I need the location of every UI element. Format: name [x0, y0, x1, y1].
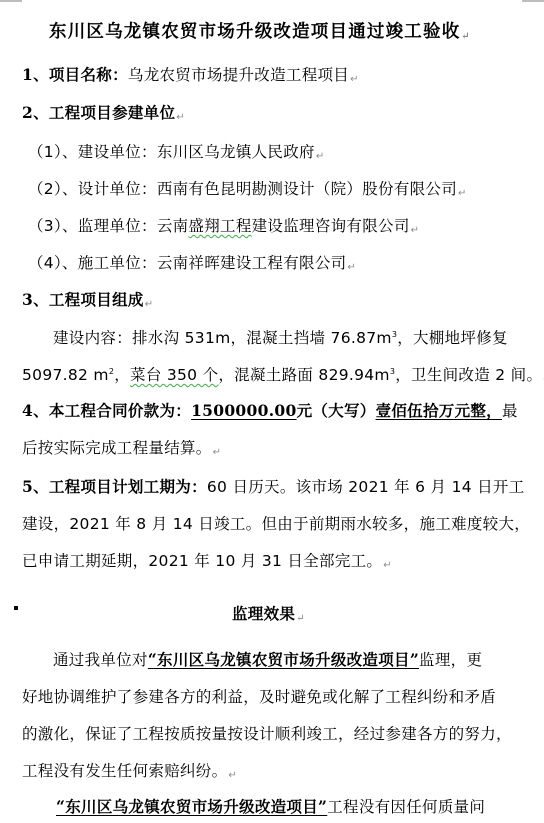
contract-amount: 1500000.00 — [191, 401, 296, 420]
paragraph-mark-icon: ↵ — [461, 31, 471, 42]
section-label: 4、本工程合同价款为： — [22, 401, 191, 420]
unit-item-supervision: （3）、监理单位：云南盛翔工程建设监理咨询有限公司↵ — [28, 216, 419, 241]
section-contract-price: 4、本工程合同价款为：1500000.00元（大写）壹佰伍拾万元整，最 — [22, 401, 518, 421]
supervision-paragraph-line-2: 好地协调维护了参建各方的利益，及时避免或化解了工程纠纷和矛盾 — [22, 687, 496, 707]
supervision-paragraph-2-line-1: “东川区乌龙镇农贸市场升级改造项目”工程没有因任何质量问 — [56, 797, 485, 817]
section-label: 2、工程项目参建单位 — [22, 103, 175, 122]
project-name-quote: “东川区乌龙镇农贸市场升级改造项目” — [56, 797, 327, 816]
paragraph-mark-icon: ↵ — [145, 299, 154, 310]
section-label: 1、项目名称： — [22, 65, 128, 84]
unit-item-contractor: （4）、施工单位：云南祥晖建设工程有限公司↵ — [28, 253, 356, 278]
section-label: 5、工程项目计划工期为： — [22, 477, 207, 496]
supervision-heading: 监理效果↵ — [232, 604, 305, 629]
spellcheck-flagged-text[interactable]: 菜台 350 个 — [130, 366, 218, 384]
paragraph-mark-icon: ↵ — [411, 225, 420, 236]
project-name-quote: “东川区乌龙镇农贸市场升级改造项目” — [148, 650, 419, 669]
paragraph-mark-icon: ↵ — [458, 188, 467, 199]
paragraph-mark-icon: ↵ — [347, 262, 356, 273]
paragraph-mark-icon: ↵ — [176, 112, 185, 123]
supervision-paragraph-line-1: 通过我单位对“东川区乌龙镇农贸市场升级改造项目”监理，更 — [53, 650, 482, 670]
section-project-composition: 3、工程项目组成↵ — [22, 290, 153, 315]
document-title: 东川区乌龙镇农贸市场升级改造项目通过竣工验收↵ — [49, 22, 471, 47]
schedule-line-3: 已申请工期延期，2021 年 10 月 31 日全部完工。↵ — [22, 551, 392, 576]
page-corner-mark-left — [0, 0, 22, 2]
paragraph-mark-icon: ↵ — [228, 770, 237, 781]
document-page: 东川区乌龙镇农贸市场升级改造项目通过竣工验收↵ 1、项目名称：乌龙农贸市场提升改… — [0, 0, 544, 823]
section-schedule: 5、工程项目计划工期为：60 日历天。该市场 2021 年 6 月 14 日开工 — [22, 477, 525, 497]
composition-line-2: 5097.82 m2，菜台 350 个，混凝土路面 829.94m3，卫生间改造… — [22, 365, 544, 390]
supervision-paragraph-line-4: 工程没有发生任何索赔纠纷。↵ — [22, 761, 237, 786]
section-participating-units: 2、工程项目参建单位↵ — [22, 103, 185, 128]
contract-amount-words: 壹佰伍拾万元整， — [376, 401, 502, 420]
bullet-marker-icon — [14, 606, 18, 610]
section-project-name: 1、项目名称：乌龙农贸市场提升改造工程项目↵ — [22, 65, 359, 90]
paragraph-mark-icon: ↵ — [296, 613, 305, 624]
contract-price-line-2: 后按实际完成工程量结算。↵ — [22, 438, 221, 463]
spellcheck-flagged-text[interactable]: 盛翔工程 — [188, 217, 251, 235]
project-name-value: 乌龙农贸市场提升改造工程项目 — [128, 66, 349, 84]
schedule-line-2: 建设，2021 年 8 月 14 日竣工。但由于前期雨水较多，施工难度较大， — [22, 514, 530, 534]
page-corner-mark-right — [522, 0, 544, 2]
supervision-paragraph-line-3: 的激化，保证了工程按质按量按设计顺利竣工，经过参建各方的努力， — [22, 724, 512, 744]
unit-item-design: （2）、设计单位：西南有色昆明勘测设计（院）股份有限公司↵ — [28, 179, 467, 204]
paragraph-mark-icon: ↵ — [350, 74, 359, 85]
composition-line-1: 建设内容：排水沟 531m，混凝土挡墙 76.87m3，大棚地坪修复 — [53, 328, 508, 348]
section-label: 3、工程项目组成 — [22, 290, 144, 309]
paragraph-mark-icon: ↵ — [383, 560, 392, 571]
paragraph-mark-icon: ↵ — [213, 447, 222, 458]
paragraph-mark-icon: ↵ — [316, 151, 325, 162]
unit-item-construction: （1）、建设单位：东川区乌龙镇人民政府↵ — [28, 142, 325, 167]
